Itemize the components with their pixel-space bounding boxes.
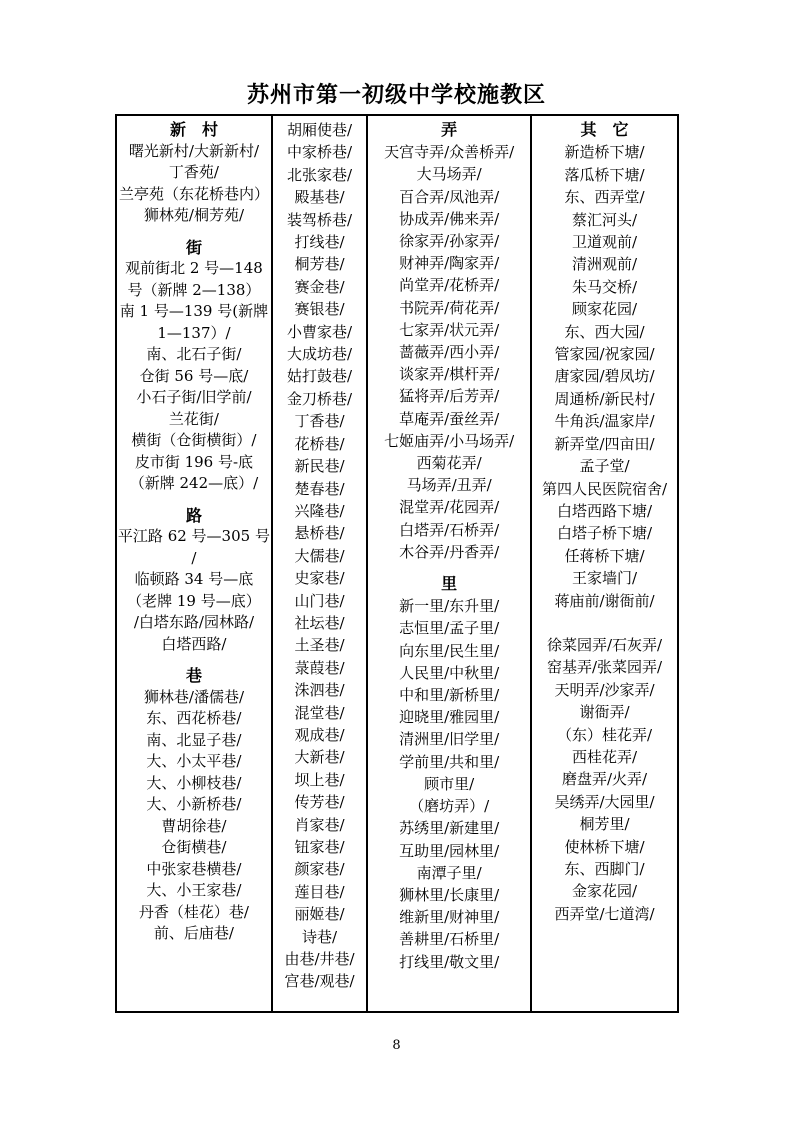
street-entry: 西弄堂/七道湾/	[532, 903, 677, 925]
street-entry: 互助里/园林里/	[368, 840, 530, 862]
street-entry: 大新巷/	[273, 746, 366, 768]
street-entry: 百合弄/凤池弄/	[368, 186, 530, 208]
street-entry: 向东里/民生里/	[368, 640, 530, 662]
street-entry: 菉葭巷/	[273, 657, 366, 679]
street-entry: 南 1 号—139 号(新牌	[117, 301, 271, 323]
street-entry: 花桥巷/	[273, 433, 366, 455]
street-entry: 蔷薇弄/西小弄/	[368, 341, 530, 363]
street-entry: 殿基巷/	[273, 186, 366, 208]
street-entry: 孟子堂/	[532, 455, 677, 477]
street-entry: 楚春巷/	[273, 478, 366, 500]
street-entry: 学前里/共和里/	[368, 751, 530, 773]
street-entry: 仓街 56 号—底/	[117, 366, 271, 388]
street-entry: 新弄堂/四亩田/	[532, 433, 677, 455]
street-entry: 兰花街/	[117, 409, 271, 431]
street-entry: 横街（仓街横街）/	[117, 430, 271, 452]
street-entry: 狮林苑/桐芳苑/	[117, 205, 271, 227]
street-entry: 混堂弄/花园弄/	[368, 496, 530, 518]
street-entry: 东、西脚门/	[532, 858, 677, 880]
section-gap	[117, 227, 271, 237]
street-entry: 钮家巷/	[273, 836, 366, 858]
street-entry: 小曹家巷/	[273, 321, 366, 343]
street-entry: 管家园/祝家园/	[532, 343, 677, 365]
street-entry: 顾家花园/	[532, 298, 677, 320]
street-entry: 王家墙门/	[532, 567, 677, 589]
street-entry: 南潭子里/	[368, 862, 530, 884]
page-title: 苏州市第一初级中学校施教区	[0, 78, 793, 109]
street-entry: 木谷弄/丹香弄/	[368, 541, 530, 563]
street-entry: 兴隆巷/	[273, 500, 366, 522]
street-entry: 桐芳巷/	[273, 253, 366, 275]
street-entry: 金刀桥巷/	[273, 388, 366, 410]
school-district-table: 新 村曙光新村/大新新村/丁香苑/兰亭苑（东花桥巷内）狮林苑/桐芳苑/街观前街北…	[115, 114, 679, 1013]
street-entry: （磨坊弄）/	[368, 795, 530, 817]
street-entry: 七姬庙弄/小马场弄/	[368, 430, 530, 452]
street-entry: 尚堂弄/花桥弄/	[368, 274, 530, 296]
street-entry: 卫道观前/	[532, 231, 677, 253]
section-header: 其 它	[532, 119, 677, 141]
street-entry: 颜家巷/	[273, 858, 366, 880]
street-entry: 洙泗巷/	[273, 679, 366, 701]
street-entry: 曹胡徐巷/	[117, 816, 271, 838]
street-entry: 悬桥巷/	[273, 522, 366, 544]
street-entry: 书院弄/荷花弄/	[368, 297, 530, 319]
street-entry: 平江路 62 号—305 号	[117, 526, 271, 548]
street-entry: 大马场弄/	[368, 163, 530, 185]
street-entry: 西桂花弄/	[532, 746, 677, 768]
street-entry: 前、后庙巷/	[117, 923, 271, 945]
street-entry: 新造桥下塘/	[532, 141, 677, 163]
street-entry: 丹香（桂花）巷/	[117, 902, 271, 924]
section-gap	[532, 612, 677, 634]
section-header: 弄	[368, 119, 530, 141]
street-entry: 七家弄/状元弄/	[368, 319, 530, 341]
street-entry: 落瓜桥下塘/	[532, 164, 677, 186]
street-entry: 迎晓里/雅园里/	[368, 706, 530, 728]
street-entry: 白塔西路下塘/	[532, 500, 677, 522]
street-entry: 丁香巷/	[273, 410, 366, 432]
street-entry: 志恒里/孟子里/	[368, 617, 530, 639]
street-entry: 中和里/新桥里/	[368, 684, 530, 706]
street-entry: 坝上巷/	[273, 769, 366, 791]
street-entry: 丽姬巷/	[273, 903, 366, 925]
street-entry: 徐菜园弄/石灰弄/	[532, 634, 677, 656]
street-entry: 号（新牌 2—138）	[117, 280, 271, 302]
street-entry: 大、小新桥巷/	[117, 794, 271, 816]
street-entry: 狮林里/长康里/	[368, 884, 530, 906]
street-entry: 大、小王家巷/	[117, 880, 271, 902]
street-entry: 赛金巷/	[273, 276, 366, 298]
street-entry: 金家花园/	[532, 880, 677, 902]
street-entry: 临顿路 34 号—底	[117, 569, 271, 591]
street-entry: 朱马交桥/	[532, 276, 677, 298]
street-entry: 仓街横巷/	[117, 837, 271, 859]
street-entry: 新民巷/	[273, 455, 366, 477]
street-entry: 善耕里/石桥里/	[368, 928, 530, 950]
street-entry: 周通桥/新民村/	[532, 388, 677, 410]
street-entry: /白塔东路/园林路/	[117, 612, 271, 634]
street-entry: 天明弄/沙家弄/	[532, 679, 677, 701]
street-entry: 新一里/东升里/	[368, 595, 530, 617]
street-entry: 装驾桥巷/	[273, 209, 366, 231]
section-gap	[368, 563, 530, 573]
street-entry: （新牌 242—底）/	[117, 473, 271, 495]
section-header: 街	[117, 237, 271, 259]
section-header: 新 村	[117, 119, 271, 141]
street-entry: 胡厢使巷/	[273, 119, 366, 141]
street-entry: 小石子街/旧学前/	[117, 387, 271, 409]
street-entry: 白塔子桥下塘/	[532, 522, 677, 544]
section-gap	[117, 495, 271, 505]
table-column-nong-li: 弄天宫寺弄/众善桥弄/大马场弄/百合弄/凤池弄/协成弄/佛来弄/徐家弄/孙家弄/…	[366, 116, 530, 1011]
street-entry: 由巷/井巷/	[273, 948, 366, 970]
street-entry: 宫巷/观巷/	[273, 970, 366, 992]
section-header: 里	[368, 573, 530, 595]
street-entry: 吴绣弄/大园里/	[532, 791, 677, 813]
street-entry: 任蒋桥下塘/	[532, 545, 677, 567]
street-entry: 北张家巷/	[273, 164, 366, 186]
street-entry: 唐家园/碧凤坊/	[532, 365, 677, 387]
page-number: 8	[0, 1038, 793, 1053]
street-entry: /	[117, 548, 271, 570]
street-entry: 大、小柳枝巷/	[117, 773, 271, 795]
street-entry: 顾市里/	[368, 773, 530, 795]
street-entry: 莲目巷/	[273, 881, 366, 903]
street-entry: （老牌 19 号—底）	[117, 591, 271, 613]
document-page: 苏州市第一初级中学校施教区 新 村曙光新村/大新新村/丁香苑/兰亭苑（东花桥巷内…	[0, 0, 793, 1122]
street-entry: 1—137）/	[117, 323, 271, 345]
street-entry: 赛银巷/	[273, 298, 366, 320]
street-entry: 中家桥巷/	[273, 141, 366, 163]
section-header: 巷	[117, 665, 271, 687]
table-column-xincun-jie-lu-xiang: 新 村曙光新村/大新新村/丁香苑/兰亭苑（东花桥巷内）狮林苑/桐芳苑/街观前街北…	[117, 116, 271, 1011]
street-entry: 第四人民医院宿舍/	[532, 478, 677, 500]
street-entry: 马场弄/丑弄/	[368, 474, 530, 496]
street-entry: 白塔西路/	[117, 634, 271, 656]
street-entry: 东、西花桥巷/	[117, 708, 271, 730]
street-entry: 混堂巷/	[273, 702, 366, 724]
street-entry: 桐芳里/	[532, 813, 677, 835]
street-entry: 磨盘弄/火弄/	[532, 768, 677, 790]
street-entry: 山门巷/	[273, 590, 366, 612]
street-entry: 东、西弄堂/	[532, 186, 677, 208]
street-entry: 协成弄/佛来弄/	[368, 208, 530, 230]
table-column-others: 其 它新造桥下塘/落瓜桥下塘/东、西弄堂/蔡汇河头/卫道观前/清洲观前/朱马交桥…	[530, 116, 677, 1011]
street-entry: 大、小太平巷/	[117, 751, 271, 773]
street-entry: 西菊花弄/	[368, 452, 530, 474]
street-entry: 苏绣里/新建里/	[368, 817, 530, 839]
street-entry: 清洲观前/	[532, 253, 677, 275]
street-entry: 肖家巷/	[273, 814, 366, 836]
street-entry: 窑基弄/张菜园弄/	[532, 656, 677, 678]
street-entry: 土圣巷/	[273, 634, 366, 656]
street-entry: 史家巷/	[273, 567, 366, 589]
table-column-lanes-continued: 胡厢使巷/中家桥巷/北张家巷/殿基巷/装驾桥巷/打线巷/桐芳巷/赛金巷/赛银巷/…	[271, 116, 366, 1011]
street-entry: （东）桂花弄/	[532, 724, 677, 746]
street-entry: 诗巷/	[273, 926, 366, 948]
street-entry: 曙光新村/大新新村/	[117, 141, 271, 163]
street-entry: 徐家弄/孙家弄/	[368, 230, 530, 252]
street-entry: 兰亭苑（东花桥巷内）	[117, 184, 271, 206]
street-entry: 草庵弄/蚕丝弄/	[368, 408, 530, 430]
street-entry: 丁香苑/	[117, 162, 271, 184]
street-entry: 传芳巷/	[273, 791, 366, 813]
street-entry: 观前街北 2 号—148	[117, 258, 271, 280]
street-entry: 使林桥下塘/	[532, 836, 677, 858]
street-entry: 谢衙弄/	[532, 701, 677, 723]
street-entry: 社坛巷/	[273, 612, 366, 634]
street-entry: 大成坊巷/	[273, 343, 366, 365]
street-entry: 观成巷/	[273, 724, 366, 746]
section-gap	[117, 655, 271, 665]
street-entry: 狮林巷/潘儒巷/	[117, 687, 271, 709]
street-entry: 牛角浜/温家岸/	[532, 410, 677, 432]
street-entry: 蔡汇河头/	[532, 209, 677, 231]
street-entry: 蒋庙前/谢衙前/	[532, 590, 677, 612]
street-entry: 东、西大园/	[532, 321, 677, 343]
street-entry: 谈家弄/棋杆弄/	[368, 363, 530, 385]
section-header: 路	[117, 505, 271, 527]
street-entry: 财神弄/陶家弄/	[368, 252, 530, 274]
street-entry: 猛将弄/后芳弄/	[368, 385, 530, 407]
street-entry: 南、北显子巷/	[117, 730, 271, 752]
street-entry: 皮市街 196 号-底	[117, 452, 271, 474]
street-entry: 大儒巷/	[273, 545, 366, 567]
street-entry: 人民里/中秋里/	[368, 662, 530, 684]
street-entry: 姑打鼓巷/	[273, 365, 366, 387]
street-entry: 中张家巷横巷/	[117, 859, 271, 881]
street-entry: 维新里/财神里/	[368, 906, 530, 928]
street-entry: 白塔弄/石桥弄/	[368, 519, 530, 541]
street-entry: 打线里/敬文里/	[368, 951, 530, 973]
street-entry: 打线巷/	[273, 231, 366, 253]
street-entry: 南、北石子街/	[117, 344, 271, 366]
street-entry: 天宫寺弄/众善桥弄/	[368, 141, 530, 163]
street-entry: 清洲里/旧学里/	[368, 728, 530, 750]
